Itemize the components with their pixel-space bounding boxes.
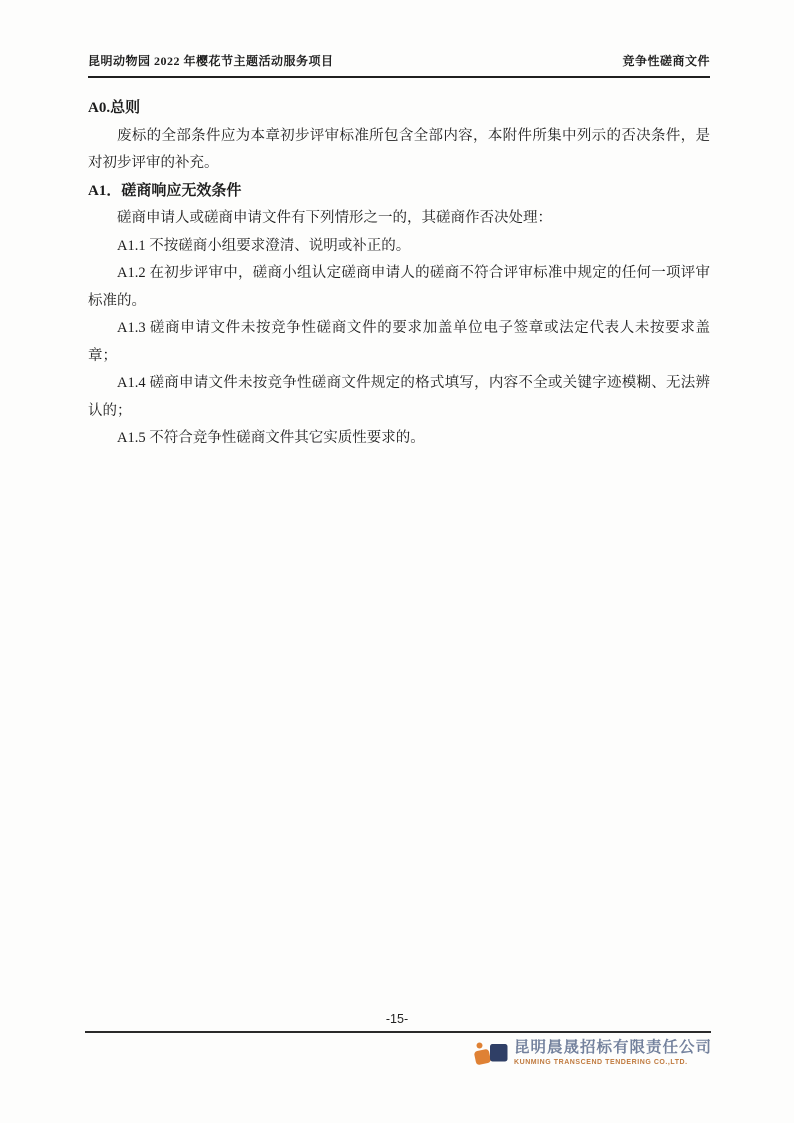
page-content: 昆明动物园 2022 年樱花节主题活动服务项目 竞争性磋商文件 A0.总则 废标… (0, 0, 794, 453)
section-heading-a1: A1．磋商响应无效条件 (88, 178, 710, 206)
section-heading-a0: A0.总则 (88, 95, 710, 123)
company-name-english: KUNMING TRANSCEND TENDERING CO.,LTD. (514, 1059, 712, 1066)
document-body: A0.总则 废标的全部条件应为本章初步评审标准所包含全部内容，本附件所集中列示的… (88, 95, 710, 453)
paragraph-a1-3: A1.3 磋商申请文件未按竞争性磋商文件的要求加盖单位电子签章或法定代表人未按要… (88, 315, 710, 370)
paragraph-a1-intro: 磋商申请人或磋商申请文件有下列情形之一的，其磋商作否决处理： (88, 205, 710, 233)
document-page: 昆明动物园 2022 年樱花节主题活动服务项目 竞争性磋商文件 A0.总则 废标… (0, 0, 794, 1123)
header-project-title: 昆明动物园 2022 年樱花节主题活动服务项目 (88, 52, 334, 69)
paragraph-a0-intro: 废标的全部条件应为本章初步评审标准所包含全部内容，本附件所集中列示的否决条件，是… (88, 123, 710, 178)
page-header: 昆明动物园 2022 年樱花节主题活动服务项目 竞争性磋商文件 (88, 52, 710, 78)
company-logo-icon (469, 1039, 509, 1073)
page-number: -15- (0, 1012, 794, 1026)
footer-divider (85, 1031, 711, 1033)
company-name-chinese: 昆明晨晟招标有限责任公司 (514, 1039, 712, 1057)
company-logo-text: 昆明晨晟招标有限责任公司 KUNMING TRANSCEND TENDERING… (514, 1039, 712, 1066)
paragraph-a1-2: A1.2 在初步评审中，磋商小组认定磋商申请人的磋商不符合评审标准中规定的任何一… (88, 260, 710, 315)
paragraph-a1-4: A1.4 磋商申请文件未按竞争性磋商文件规定的格式填写，内容不全或关键字迹模糊、… (88, 370, 710, 425)
company-logo: 昆明晨晟招标有限责任公司 KUNMING TRANSCEND TENDERING… (469, 1039, 712, 1073)
header-document-type: 竞争性磋商文件 (622, 52, 710, 69)
paragraph-a1-1: A1.1 不按磋商小组要求澄清、说明或补正的。 (88, 233, 710, 261)
paragraph-a1-5: A1.5 不符合竞争性磋商文件其它实质性要求的。 (88, 425, 710, 453)
